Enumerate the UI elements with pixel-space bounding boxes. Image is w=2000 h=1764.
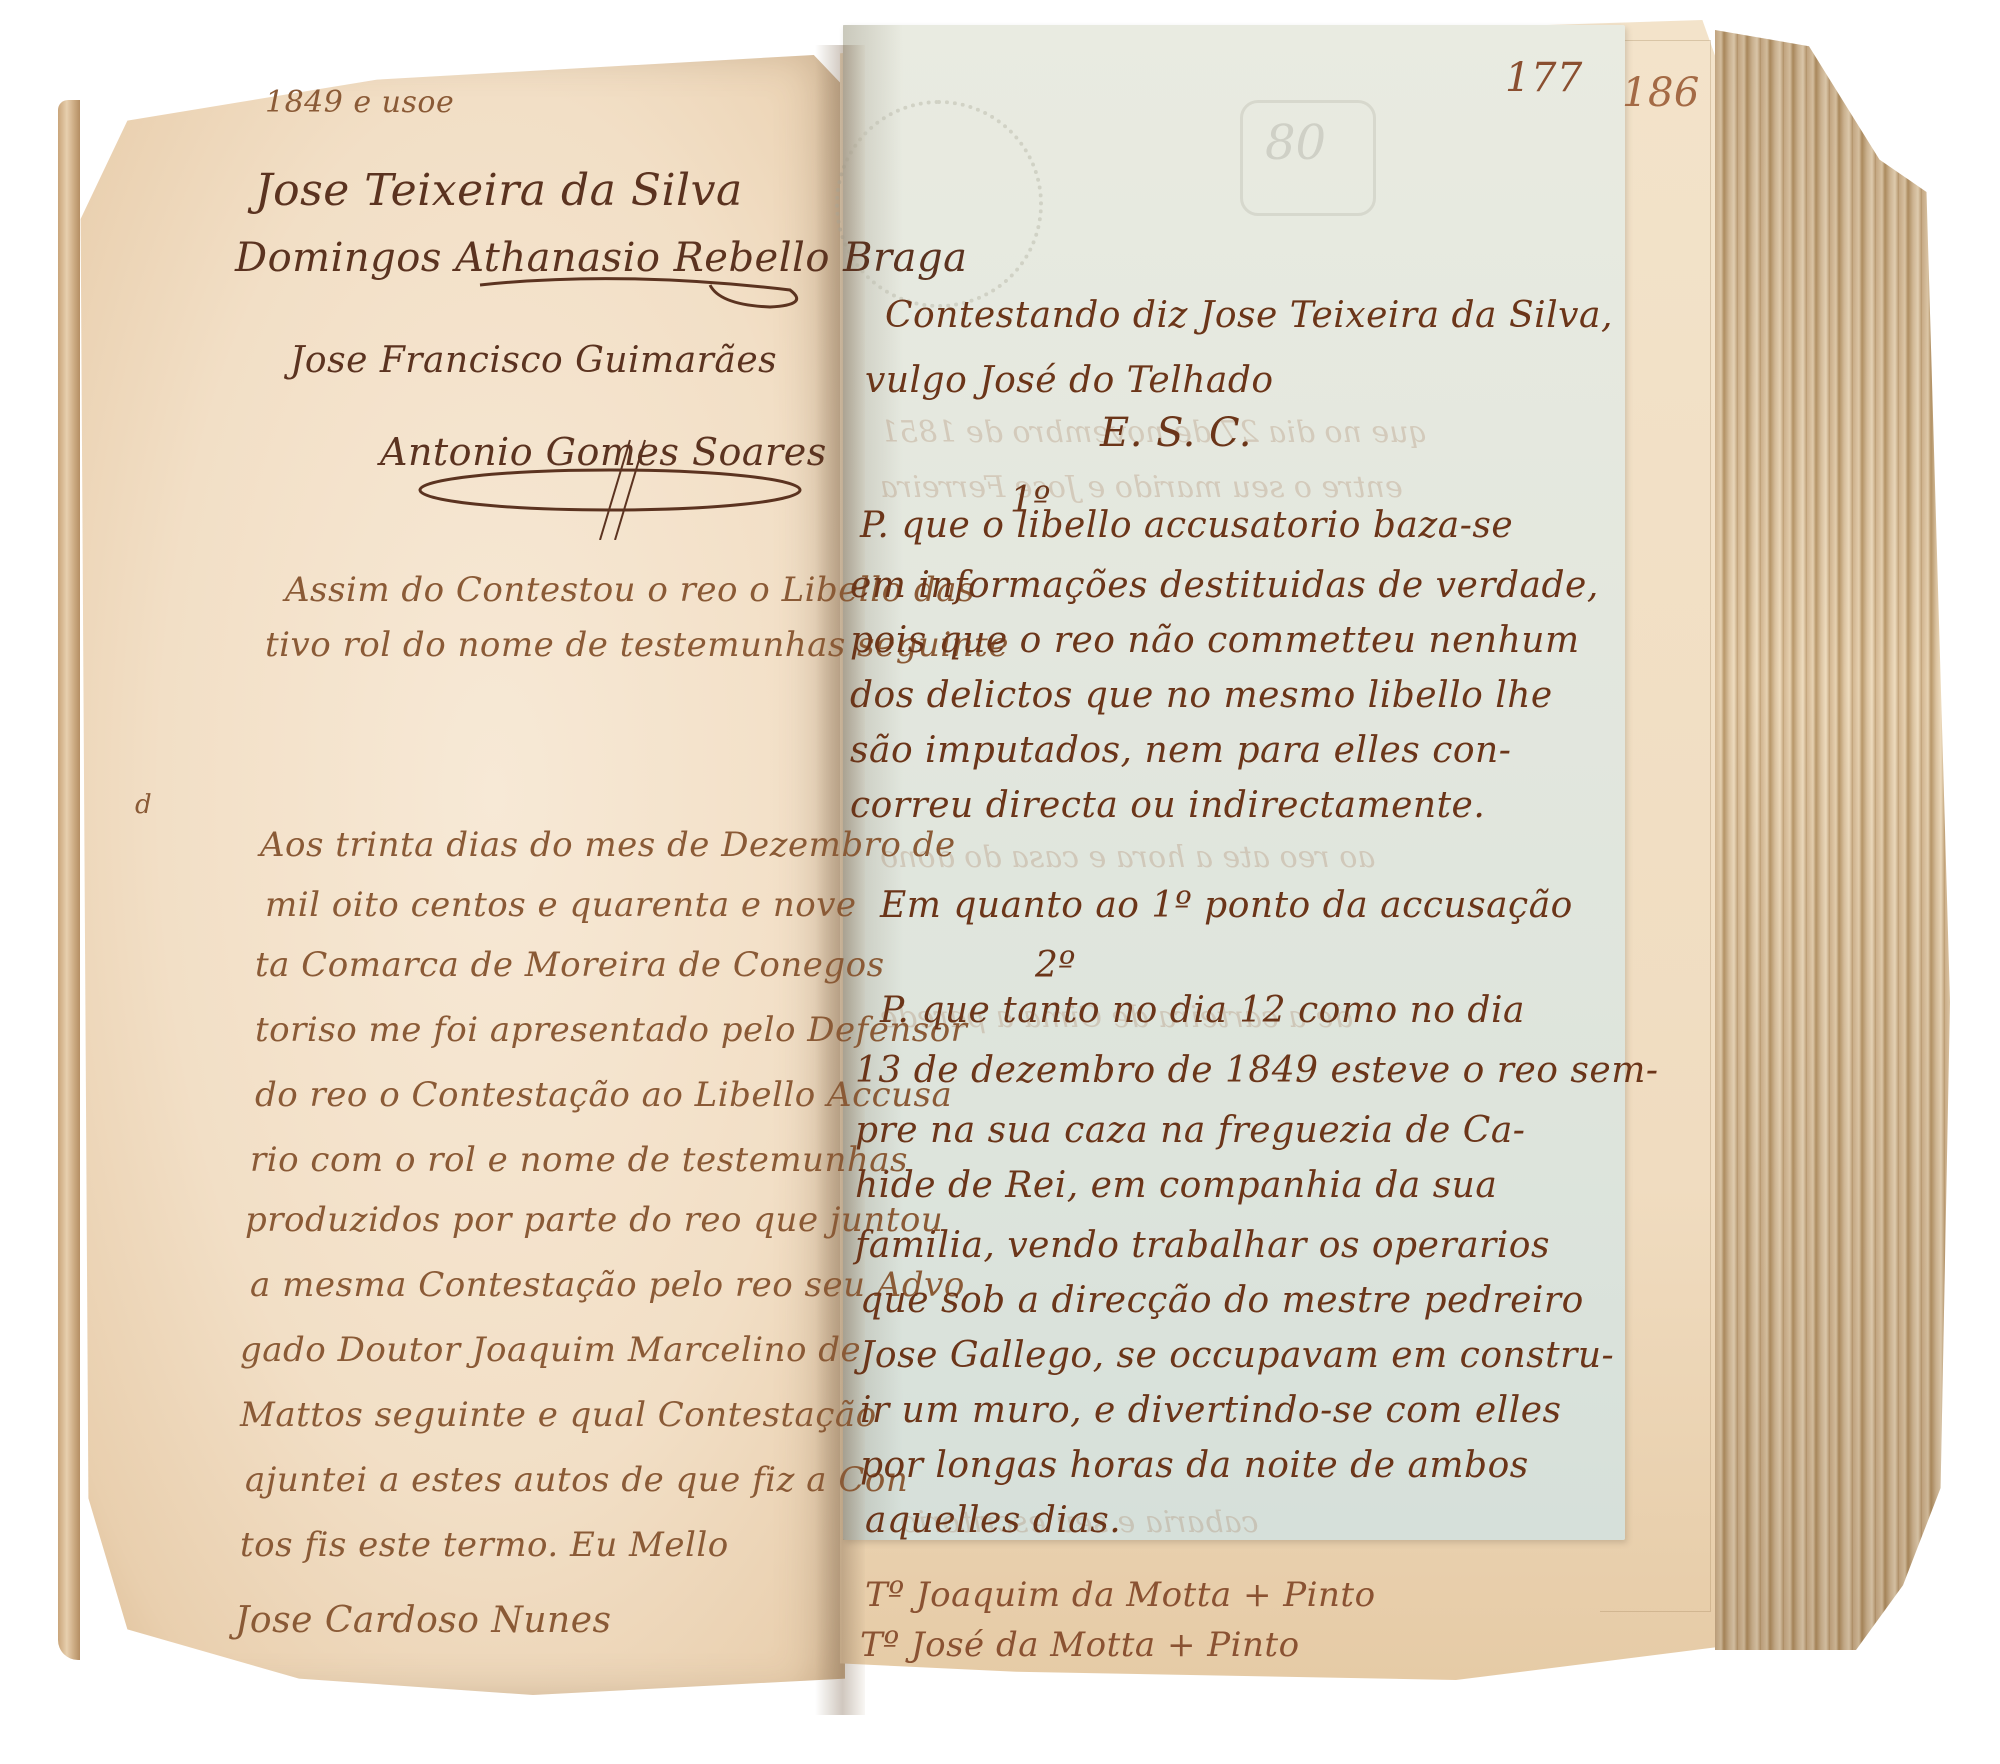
witness-signature: Tº José da Motta + Pinto xyxy=(860,1625,1300,1665)
left-text-line: produzidos por parte do reo que juntou xyxy=(245,1200,943,1240)
article-line: são imputados, nem para elles con- xyxy=(850,730,1511,771)
signature-1: Jose Teixeira da Silva xyxy=(255,165,743,216)
article-line: 13 de dezembro de 1849 esteve o reo sem- xyxy=(855,1050,1659,1091)
left-text-line: toriso me foi apresentado pelo Defensor xyxy=(255,1010,967,1050)
article-line: pre na sua caza na freguezia de Ca- xyxy=(855,1110,1525,1151)
left-text-line: Mattos seguinte e qual Contestação xyxy=(240,1395,877,1435)
article-line: familia, vendo trabalhar os operarios xyxy=(855,1225,1550,1266)
left-text-line: Aos trinta dias do mes de Dezembro de xyxy=(260,825,956,865)
article-line: que sob a direcção do mestre pedreiro xyxy=(860,1280,1584,1321)
article-line: por longas horas da noite de ambos xyxy=(860,1445,1529,1486)
heading-line: Contestando diz Jose Teixeira da Silva, xyxy=(885,295,1613,336)
folio-number-insert: 177 xyxy=(1505,55,1583,101)
left-text-line: gado Doutor Joaquim Marcelino de xyxy=(240,1330,861,1370)
left-page-edges xyxy=(58,100,80,1660)
witness-signature: Tº Joaquim da Motta + Pinto xyxy=(865,1575,1376,1615)
left-text-line: mil oito centos e quarenta e nove xyxy=(265,885,857,925)
abbreviation: E. S. C. xyxy=(1100,410,1252,456)
page-stack-shadow xyxy=(1715,30,1950,1650)
article-line: Jose Gallego, se occupavam em constru- xyxy=(860,1335,1614,1376)
year-note: 1849 e usoe xyxy=(265,85,454,120)
embossed-stamp-mark: 80 xyxy=(1265,115,1326,171)
bleed-through-text: entre o seu marido e Jose Ferreira xyxy=(880,470,1403,505)
article-line: P. que o libello accusatorio baza-se xyxy=(860,505,1513,546)
left-text-line: rio com o rol e nome de testemunhas xyxy=(250,1140,908,1180)
article-line: ir um muro, e divertindo-se com elles xyxy=(860,1390,1561,1431)
folio-number-page: 186 xyxy=(1622,70,1700,116)
article-line: aquelles dias. xyxy=(865,1500,1121,1541)
left-text-line: do reo o Contestação ao Libello Accusa xyxy=(255,1075,952,1115)
signature-flourish-icon xyxy=(400,420,820,540)
closing-signature: Jose Cardoso Nunes xyxy=(235,1600,612,1641)
article-line: hide de Rei, em companhia da sua xyxy=(855,1165,1497,1206)
open-manuscript-book: 80 que no dia 27 de novembro de 1851 ent… xyxy=(0,0,2000,1764)
article-line: pois que o reo não commetteu nenhum xyxy=(850,620,1580,661)
margin-mark: d xyxy=(135,790,152,820)
article-line: correu directa ou indirectamente. xyxy=(850,785,1485,826)
article-number: 2º xyxy=(1035,945,1076,986)
article-line: P. que tanto no dia 12 como no dia xyxy=(880,990,1525,1031)
left-text-line: ajuntei a estes autos de que fiz a Con xyxy=(245,1460,908,1500)
heading-line: vulgo José do Telhado xyxy=(865,360,1274,401)
left-text-line: ta Comarca de Moreira de Conegos xyxy=(255,945,885,985)
left-text-line: tos fis este termo. Eu Mello xyxy=(240,1525,729,1565)
article-line: dos delictos que no mesmo libello lhe xyxy=(850,675,1553,716)
left-text-line: a mesma Contestação pelo reo seu Advo xyxy=(250,1265,965,1305)
signature-flourish-icon xyxy=(470,245,830,315)
article-line: em informações destituidas de verdade, xyxy=(850,565,1599,606)
signature-3: Jose Francisco Guimarães xyxy=(290,340,777,381)
section-heading: Em quanto ao 1º ponto da accusação xyxy=(880,885,1573,926)
